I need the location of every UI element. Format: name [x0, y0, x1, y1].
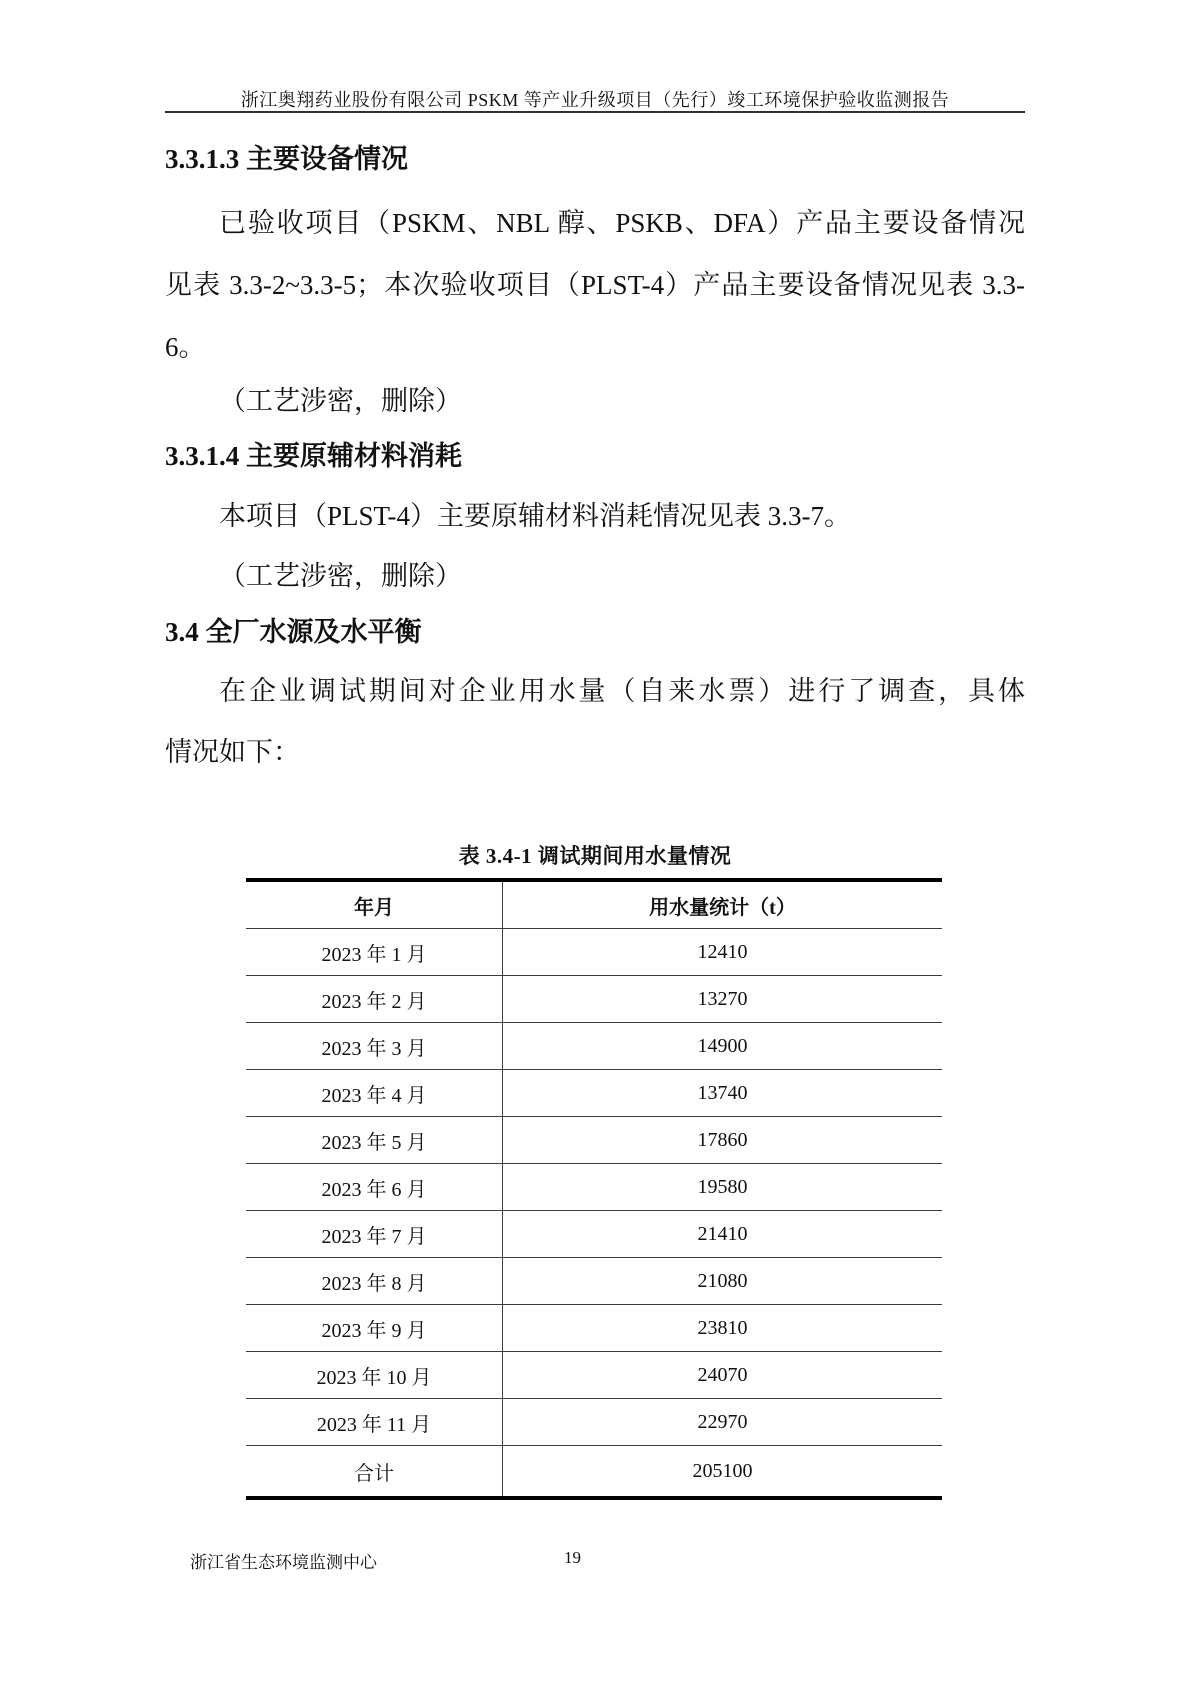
table-cell: 2023 年 8 月 [246, 1258, 503, 1305]
paragraph-line: 在企业调试期间对企业用水量（自来水票）进行了调查，具体 [165, 674, 1025, 709]
column-header-month: 年月 [246, 880, 503, 929]
table-row: 2023 年 10 月24070 [246, 1352, 942, 1399]
table-row: 2023 年 9 月23810 [246, 1305, 942, 1352]
paragraph-line: 情况如下： [165, 735, 1025, 770]
paragraph-line: 本项目（PLST-4）主要原辅材料消耗情况见表 3.3-7。 [165, 499, 1025, 534]
running-header: 浙江奥翔药业股份有限公司 PSKM 等产业升级项目（先行）竣工环境保护验收监测报… [165, 86, 1025, 112]
redaction-note: （工艺涉密，删除） [165, 559, 1025, 594]
table-cell: 21410 [503, 1211, 943, 1258]
table-cell: 2023 年 7 月 [246, 1211, 503, 1258]
table-row: 2023 年 5 月17860 [246, 1117, 942, 1164]
footer-page-number: 19 [165, 1548, 980, 1568]
water-usage-table: 年月 用水量统计（t） 2023 年 1 月124102023 年 2 月132… [246, 878, 942, 1500]
table-row: 2023 年 3 月14900 [246, 1023, 942, 1070]
table-cell: 23810 [503, 1305, 943, 1352]
table-cell: 合计 [246, 1446, 503, 1499]
table-row: 2023 年 11 月22970 [246, 1399, 942, 1446]
section-heading-34: 3.4 全厂水源及水平衡 [165, 616, 1025, 650]
table-row: 合计205100 [246, 1446, 942, 1499]
table-cell: 2023 年 5 月 [246, 1117, 503, 1164]
table-cell: 13740 [503, 1070, 943, 1117]
table-cell: 2023 年 2 月 [246, 976, 503, 1023]
table-header-row: 年月 用水量统计（t） [246, 880, 942, 929]
table-cell: 13270 [503, 976, 943, 1023]
table-cell: 2023 年 1 月 [246, 929, 503, 976]
table-title: 表 3.4-1 调试期间用水量情况 [165, 840, 1025, 870]
table-cell: 205100 [503, 1446, 943, 1499]
table-cell: 19580 [503, 1164, 943, 1211]
table-row: 2023 年 7 月21410 [246, 1211, 942, 1258]
table-row: 2023 年 1 月12410 [246, 929, 942, 976]
paragraph-line: 已验收项目（PSKM、NBL 醇、PSKB、DFA）产品主要设备情况 [165, 206, 1025, 241]
table-cell: 2023 年 3 月 [246, 1023, 503, 1070]
table-row: 2023 年 6 月19580 [246, 1164, 942, 1211]
table-cell: 21080 [503, 1258, 943, 1305]
table-cell: 2023 年 9 月 [246, 1305, 503, 1352]
table-cell: 2023 年 10 月 [246, 1352, 503, 1399]
table-cell: 14900 [503, 1023, 943, 1070]
table-cell: 24070 [503, 1352, 943, 1399]
table-cell: 2023 年 11 月 [246, 1399, 503, 1446]
document-page: 浙江奥翔药业股份有限公司 PSKM 等产业升级项目（先行）竣工环境保护验收监测报… [0, 0, 1190, 1683]
table-row: 2023 年 4 月13740 [246, 1070, 942, 1117]
table-cell: 17860 [503, 1117, 943, 1164]
paragraph-line: 见表 3.3-2~3.3-5；本次验收项目（PLST-4）产品主要设备情况见表 … [165, 268, 1025, 303]
table-cell: 2023 年 6 月 [246, 1164, 503, 1211]
column-header-usage: 用水量统计（t） [503, 880, 943, 929]
table-cell: 12410 [503, 929, 943, 976]
section-heading-3314: 3.3.1.4 主要原辅材料消耗 [165, 440, 1025, 474]
redaction-note: （工艺涉密，删除） [165, 384, 1025, 419]
header-rule [165, 111, 1025, 113]
paragraph-line: 6。 [165, 330, 1025, 365]
table-row: 2023 年 2 月13270 [246, 976, 942, 1023]
section-heading-3313: 3.3.1.3 主要设备情况 [165, 143, 1025, 177]
table-row: 2023 年 8 月21080 [246, 1258, 942, 1305]
table-cell: 22970 [503, 1399, 943, 1446]
table-cell: 2023 年 4 月 [246, 1070, 503, 1117]
